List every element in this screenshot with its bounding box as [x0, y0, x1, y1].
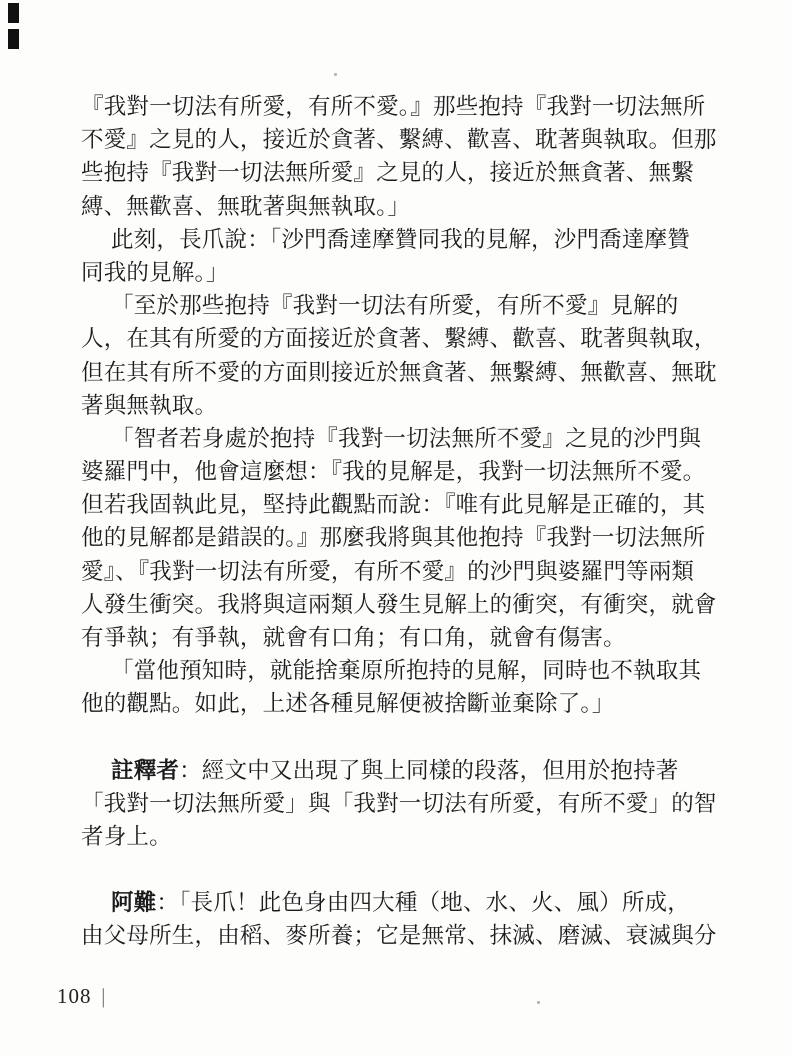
text-line: 不愛』之見的人，接近於貪著、繫縛、歡喜、耽著與執取。但那: [81, 123, 741, 156]
paragraph: 「至於那些抱持『我對一切法有所愛，有所不愛』見解的人，在其有所愛的方面接近於貪著…: [81, 289, 741, 422]
paragraph: 『我對一切法有所愛，有所不愛。』那些抱持『我對一切法無所不愛』之見的人，接近於貪…: [81, 90, 741, 223]
scan-registration-mark: [8, 3, 19, 23]
text-line: 但若我固執此見，堅持此觀點而說：『唯有此見解是正確的，其: [81, 488, 741, 521]
text-line: 「至於那些抱持『我對一切法有所愛，有所不愛』見解的: [81, 289, 741, 322]
text-line: 人發生衝突。我將與這兩類人發生見解上的衝突，有衝突，就會: [81, 588, 741, 621]
paragraph: 「智者若身處於抱持『我對一切法無所不愛』之見的沙門與婆羅門中，他會這麼想：『我的…: [81, 422, 741, 654]
paragraph: 「當他預知時，就能捨棄原所抱持的見解，同時也不執取其他的觀點。如此，上述各種見解…: [81, 654, 741, 720]
text-line: 婆羅門中，他會這麼想：『我的見解是，我對一切法無所不愛。: [81, 455, 741, 488]
paragraph: 此刻，長爪說：「沙門喬達摩贊同我的見解，沙門喬達摩贊同我的見解。」: [81, 223, 741, 289]
speaker-label: 註釋者: [111, 758, 179, 783]
text-block: 『我對一切法有所愛，有所不愛。』那些抱持『我對一切法無所不愛』之見的人，接近於貪…: [81, 90, 741, 953]
text-line: 註釋者：經文中又出現了與上同樣的段落，但用於抱持著: [81, 754, 741, 787]
text-line: 著與無執取。: [81, 389, 741, 422]
text-line: 人，在其有所愛的方面接近於貪著、繫縛、歡喜、耽著與執取，: [81, 322, 741, 355]
scan-speck: [334, 73, 337, 76]
page-number-value: 108: [57, 984, 92, 1008]
text-line: 愛』、『我對一切法有所愛，有所不愛』的沙門與婆羅門等兩類: [81, 555, 741, 588]
text-line: 「當他預知時，就能捨棄原所抱持的見解，同時也不執取其: [81, 654, 741, 687]
text-line: 「智者若身處於抱持『我對一切法無所不愛』之見的沙門與: [81, 422, 741, 455]
text-line: 他的見解都是錯誤的。』那麼我將與其他抱持『我對一切法無所: [81, 521, 741, 554]
paragraph: 註釋者：經文中又出現了與上同樣的段落，但用於抱持著「我對一切法無所愛」與「我對一…: [81, 754, 741, 854]
text-line: 此刻，長爪說：「沙門喬達摩贊同我的見解，沙門喬達摩贊: [81, 223, 741, 256]
text-line-rest: ：「長爪！此色身由四大種（地、水、火、風）所成，: [156, 890, 690, 915]
text-line: 有爭執；有爭執，就會有口角；有口角，就會有傷害。: [81, 621, 741, 654]
page-number-separator: |: [101, 984, 105, 1009]
page-number: 108|: [57, 984, 106, 1009]
text-line: 他的觀點。如此，上述各種見解便被捨斷並棄除了。」: [81, 687, 741, 720]
text-line: 「我對一切法無所愛」與「我對一切法有所愛，有所不愛」的智: [81, 787, 741, 820]
scan-speck: [537, 1001, 540, 1004]
text-line: 些抱持『我對一切法無所愛』之見的人，接近於無貪著、無繫: [81, 156, 741, 189]
text-line: 但在其有所不愛的方面則接近於無貪著、無繫縛、無歡喜、無耽: [81, 356, 741, 389]
scan-registration-mark: [8, 29, 19, 49]
speaker-label: 阿難: [111, 890, 156, 915]
text-line: 由父母所生，由稻、麥所養；它是無常、抹滅、磨滅、衰滅與分: [81, 919, 741, 952]
text-line: 『我對一切法有所愛，有所不愛。』那些抱持『我對一切法無所: [81, 90, 741, 123]
text-line-rest: ：經文中又出現了與上同樣的段落，但用於抱持著: [179, 758, 678, 783]
paragraph: 阿難：「長爪！此色身由四大種（地、水、火、風）所成，由父母所生，由稻、麥所養；它…: [81, 886, 741, 952]
text-line: 阿難：「長爪！此色身由四大種（地、水、火、風）所成，: [81, 886, 741, 919]
text-line: 者身上。: [81, 820, 741, 853]
text-line: 縛、無歡喜、無耽著與無執取。」: [81, 190, 741, 223]
scanned-book-page: 『我對一切法有所愛，有所不愛。』那些抱持『我對一切法無所不愛』之見的人，接近於貪…: [0, 0, 792, 1056]
text-line: 同我的見解。」: [81, 256, 741, 289]
